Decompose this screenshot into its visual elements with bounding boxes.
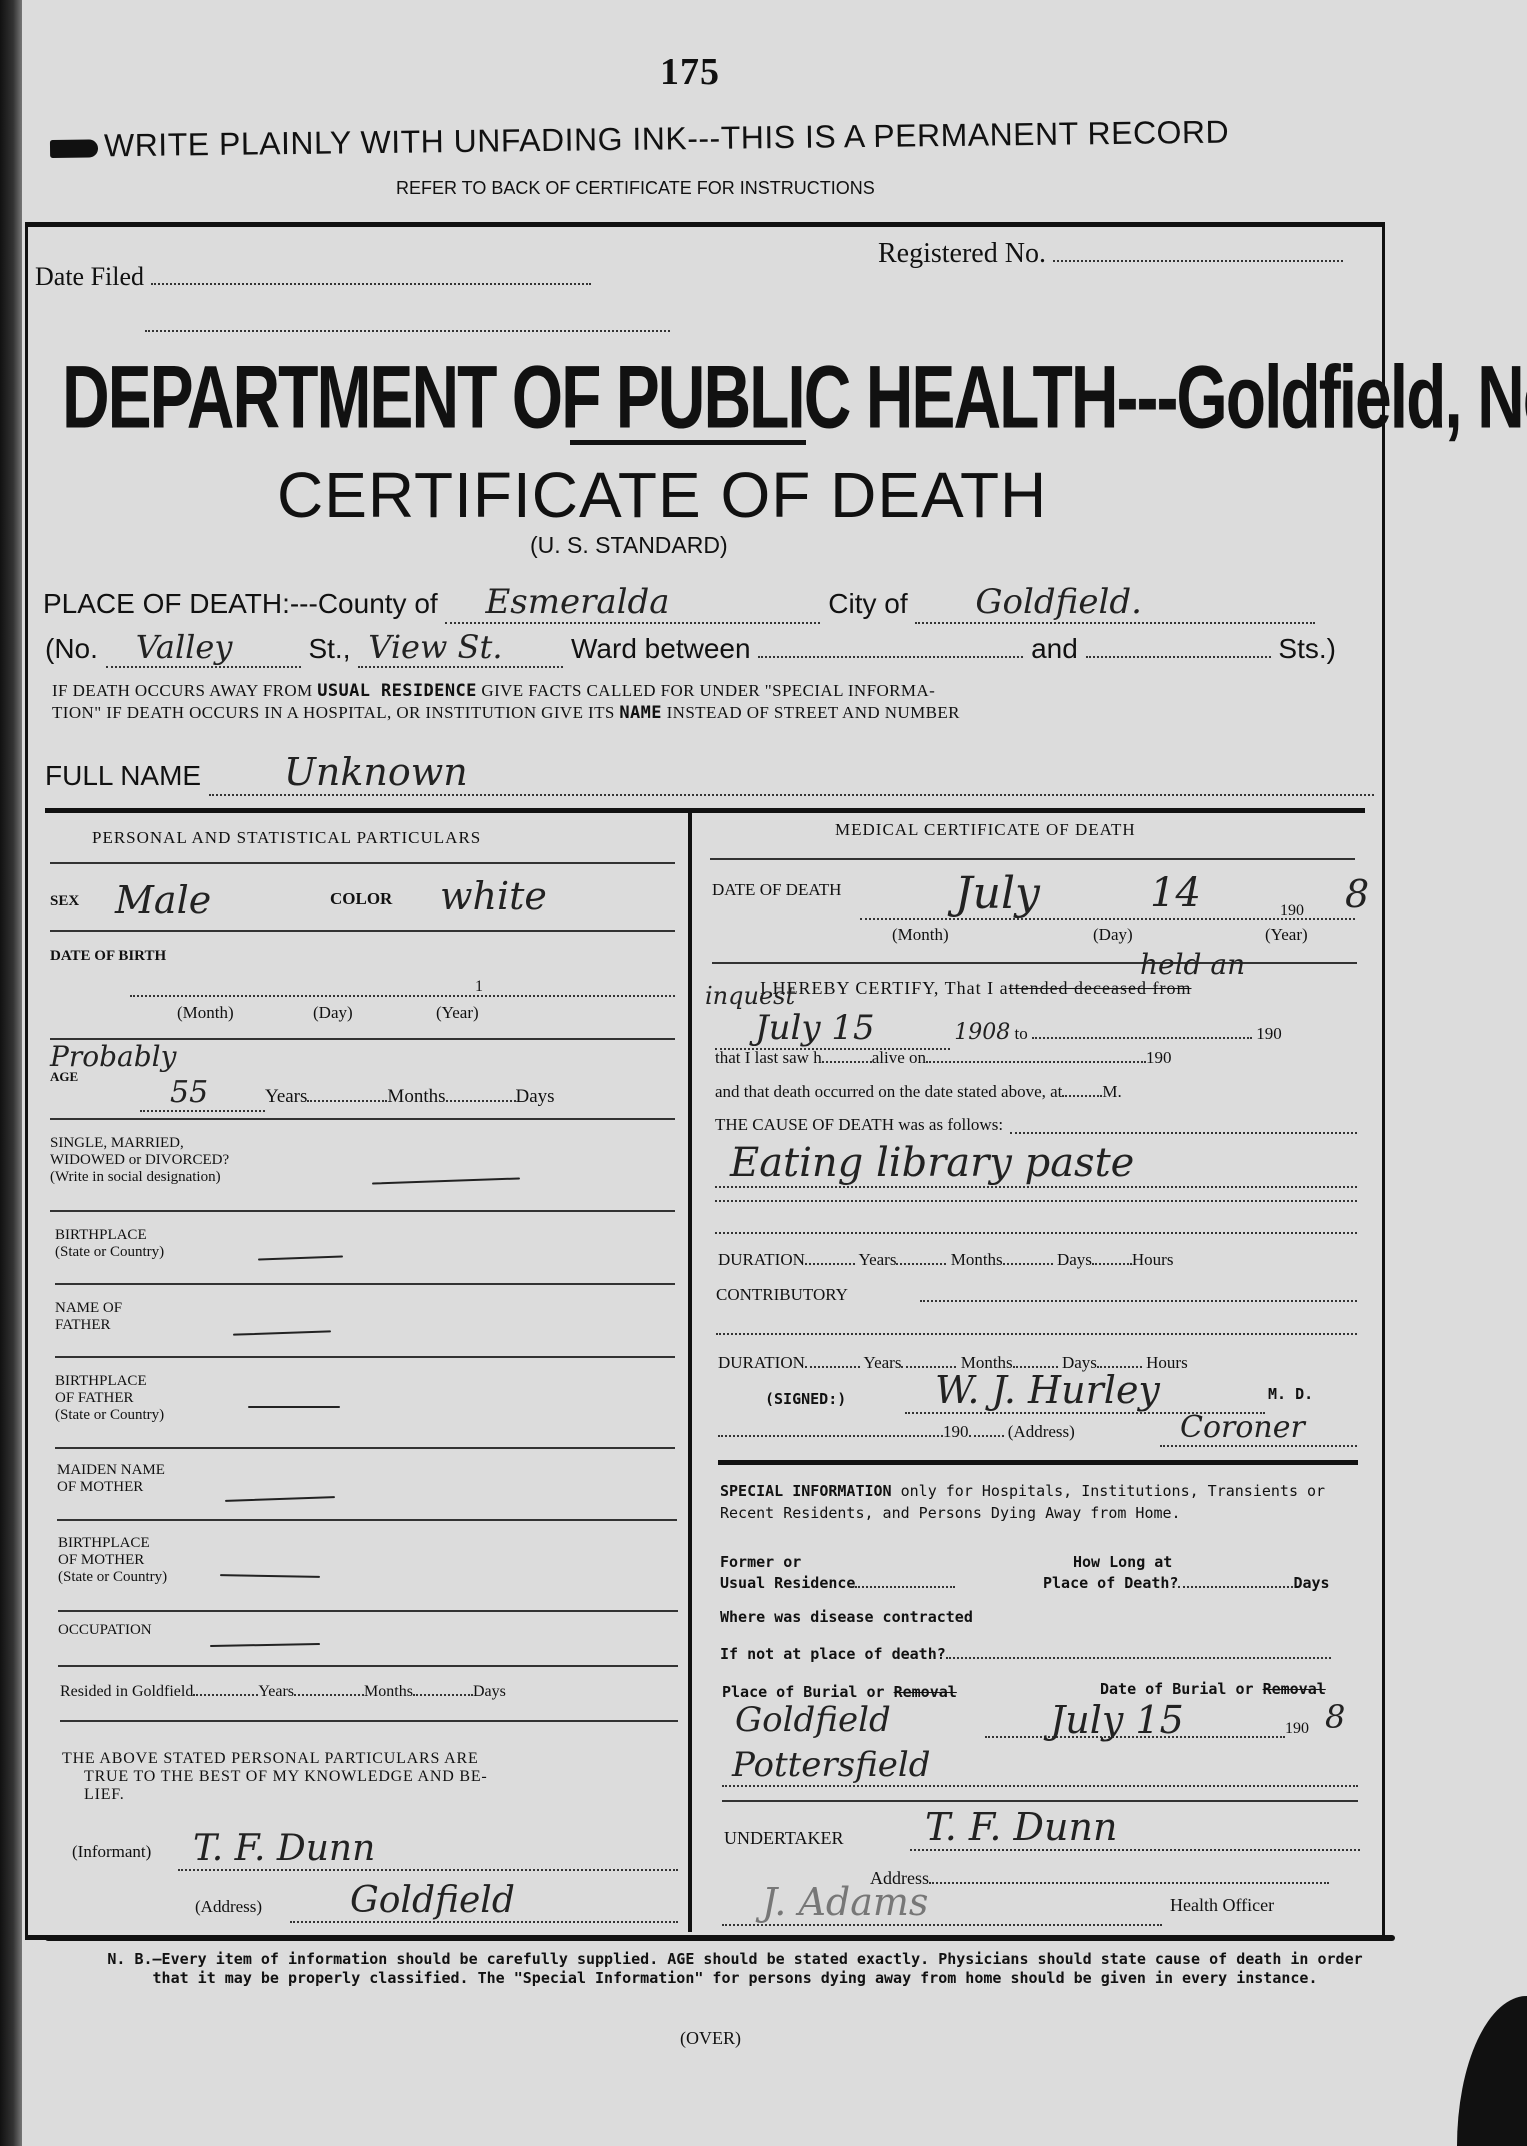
occupation-label: OCCUPATION [58, 1622, 152, 1639]
ward-and-line[interactable] [1086, 656, 1271, 658]
city-value[interactable]: Goldfield. [915, 582, 1315, 624]
physician-address-value[interactable]: Coroner [1160, 1410, 1357, 1447]
if-not-row: If not at place of death? [720, 1645, 1331, 1663]
last-saw-pronoun-line[interactable] [822, 1061, 872, 1063]
burial-date-struck: Removal [1263, 1680, 1326, 1698]
dod-label: DATE OF DEATH [712, 880, 841, 900]
sex-value[interactable]: Male [115, 878, 211, 922]
dod-month-value[interactable]: July [955, 868, 1040, 919]
physician-address-label: (Address) [1008, 1422, 1075, 1441]
father-name-label-line: FATHER [55, 1317, 122, 1334]
row-rule [712, 962, 1357, 964]
street-no-value[interactable]: Valley [106, 628, 301, 668]
date-filed-line[interactable] [151, 283, 591, 285]
undertaker-label: UNDERTAKER [724, 1828, 843, 1849]
age-label: AGE [50, 1068, 78, 1085]
days-label: Days [1293, 1574, 1329, 1592]
mother-birthplace-label: BIRTHPLACE OF MOTHER (State or Country) [58, 1535, 167, 1586]
mother-birthplace-label-line: BIRTHPLACE [58, 1535, 167, 1552]
street-value[interactable]: View St. [358, 628, 563, 668]
last-saw-label: that I last saw h [715, 1048, 822, 1067]
years-label: Years [265, 1086, 307, 1107]
row-rule [722, 1800, 1358, 1802]
age-row: 55YearsMonthsDays [140, 1075, 555, 1112]
duration-years-line[interactable] [896, 1263, 946, 1265]
duration-days-line[interactable] [1092, 1263, 1132, 1265]
mother-name-label: MAIDEN NAME OF MOTHER [57, 1462, 165, 1496]
birthplace-label-line: BIRTHPLACE [55, 1227, 164, 1244]
last-saw-row: that I last saw halive on190 [715, 1048, 1172, 1068]
physician-signature[interactable]: W. J. Hurley [905, 1368, 1265, 1414]
mother-name-label-line: OF MOTHER [57, 1479, 165, 1496]
dob-month-caption: (Month) [177, 1003, 234, 1023]
frame-bottom-rule [45, 1935, 1395, 1941]
sign-date-line[interactable] [718, 1435, 943, 1437]
personal-heading: PERSONAL AND STATISTICAL PARTICULARS [92, 828, 481, 848]
inquest-word: inquest [705, 982, 795, 1010]
dod-year-caption: (Year) [1265, 925, 1308, 945]
row-rule [57, 1519, 677, 1521]
to-year-prefix: 190 [1256, 1024, 1282, 1043]
row-rule [55, 1283, 675, 1285]
cause-line-4[interactable] [715, 1232, 1357, 1234]
father-name-label: NAME OF FATHER [55, 1300, 122, 1334]
former-residence-label-line: Former or [720, 1552, 955, 1573]
former-residence-label-line: Usual Residence [720, 1574, 855, 1592]
age-days-line[interactable] [446, 1100, 516, 1102]
special-divider [718, 1460, 1358, 1465]
days-label: Days [473, 1683, 506, 1700]
instruction-bold: NAME [619, 703, 662, 723]
st-label: St., [308, 633, 350, 664]
special-info-heading: SPECIAL INFORMATION only for Hospitals, … [720, 1480, 1360, 1524]
instruction-line-2: TION" IF DEATH OCCURS IN A HOSPITAL, OR … [52, 702, 960, 724]
cause-value[interactable]: Eating library paste [715, 1140, 1357, 1188]
date-filed-field: Date Filed [35, 262, 591, 292]
burial-place-value-2[interactable]: Pottersfield [722, 1745, 1358, 1787]
to-date-line[interactable] [1032, 1037, 1252, 1039]
page-number: 175 [660, 50, 720, 94]
ward-between-line[interactable] [758, 656, 1023, 658]
age-months-line[interactable] [307, 1100, 387, 1102]
age-years-value[interactable]: 55 [140, 1075, 265, 1112]
usual-residence-instruction: IF DEATH OCCURS AWAY FROM USUAL RESIDENC… [52, 680, 960, 724]
duration-line[interactable] [805, 1263, 855, 1265]
city-label: City of [828, 588, 907, 619]
dod-month-caption: (Month) [892, 925, 949, 945]
certify-text: I HEREBY CERTIFY, That I a [760, 978, 1009, 998]
resided-years-line[interactable] [193, 1694, 258, 1696]
attestation: THE ABOVE STATED PERSONAL PARTICULARS AR… [62, 1750, 488, 1804]
full-name-row: FULL NAME Unknown [45, 750, 1374, 796]
years-label: Years [864, 1353, 902, 1372]
md-label: M. D. [1268, 1385, 1313, 1403]
burial-year-prefix: 190 [1285, 1720, 1309, 1738]
from-year-value[interactable]: 1908 [954, 1020, 1010, 1045]
resided-row: Resided in GoldfieldYearsMonthsDays [60, 1683, 506, 1701]
special-info-title: SPECIAL INFORMATION [720, 1482, 892, 1500]
burial-place-label-text: Place of Burial or [722, 1683, 885, 1701]
place-of-death-label: PLACE OF DEATH:---County of [43, 588, 438, 619]
father-birthplace-label-line: (State or Country) [55, 1407, 164, 1424]
former-residence-label: Former or Usual Residence [720, 1552, 955, 1594]
row-rule [710, 858, 1355, 860]
how-long-label-line: Place of Death? [1043, 1574, 1178, 1592]
dob-label: DATE OF BIRTH [50, 948, 166, 965]
dod-day-caption: (Day) [1093, 925, 1133, 945]
certify-struck-text: ttended deceased from [1009, 978, 1192, 998]
certificate-title: CERTIFICATE OF DEATH [277, 458, 1047, 532]
burial-place-struck: Removal [894, 1683, 957, 1701]
and-label: and [1031, 633, 1078, 664]
contributory-label: CONTRIBUTORY [716, 1285, 848, 1305]
dod-day-value[interactable]: 14 [1150, 870, 1201, 916]
no-label: (No. [45, 633, 98, 664]
how-long-label: How Long at Place of Death?Days [1043, 1552, 1330, 1594]
attestation-line: THE ABOVE STATED PERSONAL PARTICULARS AR… [62, 1750, 488, 1768]
instruction-text: INSTEAD OF STREET AND NUMBER [667, 703, 960, 722]
burial-year-suffix[interactable]: 8 [1325, 1698, 1345, 1736]
over-label: (OVER) [680, 2028, 741, 2049]
duration-label: DURATION [718, 1250, 805, 1269]
days-label: Days [516, 1086, 555, 1107]
father-birthplace-value-dash[interactable] [248, 1406, 340, 1408]
duration-label: DURATION [718, 1353, 805, 1372]
ward-label: Ward between [571, 633, 751, 664]
father-birthplace-label: BIRTHPLACE OF FATHER (State or Country) [55, 1373, 164, 1424]
burial-place-value-1[interactable]: Goldfield [735, 1700, 891, 1740]
if-not-line[interactable] [946, 1657, 1331, 1659]
m-label: M. [1102, 1082, 1121, 1101]
row-rule [55, 1447, 675, 1449]
duration-months-line[interactable] [1003, 1263, 1053, 1265]
father-name-label-line: NAME OF [55, 1300, 122, 1317]
marital-label-line: SINGLE, MARRIED, [50, 1135, 229, 1152]
row-rule [50, 930, 675, 932]
informant-address-label: (Address) [195, 1897, 262, 1917]
days-label: Days [1057, 1250, 1092, 1269]
birthplace-label: BIRTHPLACE (State or Country) [55, 1227, 164, 1261]
duration-row-1: DURATION Years Months DaysHours [718, 1250, 1173, 1270]
burial-date-label: Date of Burial or Removal [1100, 1680, 1326, 1698]
instruction-line-1: IF DEATH OCCURS AWAY FROM USUAL RESIDENC… [52, 680, 960, 702]
alive-on-label: alive on [872, 1048, 926, 1067]
months-label: Months [364, 1683, 413, 1700]
disease-contracted-label: Where was disease contracted [720, 1608, 973, 1626]
how-long-label-line: How Long at [1043, 1552, 1330, 1573]
dob-line[interactable] [130, 995, 675, 997]
occurred-row: and that death occurred on the date stat… [715, 1082, 1122, 1102]
attestation-line: LIEF. [62, 1786, 488, 1804]
undertaker-signature[interactable]: T. F. Dunn [910, 1805, 1360, 1851]
how-long-line[interactable] [1178, 1586, 1293, 1588]
dod-year-suffix[interactable]: 8 [1345, 872, 1369, 916]
sex-label: SEX [50, 893, 79, 910]
marital-label: SINGLE, MARRIED, WIDOWED or DIVORCED? (W… [50, 1135, 229, 1186]
burial-date-value[interactable]: July 15 [1050, 1698, 1184, 1742]
nb-footnote: N. B.—Every item of information should b… [85, 1950, 1385, 1988]
alive-year-prefix: 190 [1146, 1048, 1172, 1067]
instruction-bold: USUAL RESIDENCE [317, 681, 477, 701]
burial-date-label-text: Date of Burial or [1100, 1680, 1254, 1698]
county-value[interactable]: Esmeralda [445, 582, 820, 624]
health-officer-label: Health Officer [1170, 1895, 1274, 1916]
attestation-line: TRUE TO THE BEST OF MY KNOWLEDGE AND BE- [62, 1768, 488, 1786]
registered-no-label: Registered No. [878, 238, 1046, 269]
row-rule [55, 1356, 675, 1358]
dob-day-caption: (Day) [313, 1003, 353, 1023]
cause-line-1[interactable] [1010, 1132, 1357, 1134]
row-rule [58, 1610, 678, 1612]
pointing-hand-icon [50, 139, 98, 158]
sign-year-line[interactable] [969, 1435, 1004, 1437]
burial-place-label: Place of Burial or Removal [722, 1683, 957, 1701]
row-rule [58, 1665, 678, 1667]
dob-year-caption: (Year) [436, 1003, 479, 1023]
occurred-time-line[interactable] [1062, 1095, 1102, 1097]
to-label: to [1015, 1024, 1028, 1043]
title-rule [570, 440, 806, 445]
cause-label: THE CAUSE OF DEATH was as follows: [715, 1115, 1003, 1135]
marital-label-line: WIDOWED or DIVORCED? [50, 1152, 229, 1169]
instruction-text: GIVE FACTS CALLED FOR UNDER "SPECIAL INF… [481, 681, 935, 700]
marital-label-line: (Write in social designation) [50, 1169, 229, 1186]
father-birthplace-label-line: OF FATHER [55, 1390, 164, 1407]
informant-address-value[interactable]: Goldfield [290, 1880, 678, 1923]
date-filed-label: Date Filed [35, 262, 144, 291]
hours-label: Hours [1132, 1250, 1174, 1269]
instruction-text: TION" IF DEATH OCCURS IN A HOSPITAL, OR … [52, 703, 615, 722]
health-officer-signature[interactable]: J. Adams [722, 1880, 1162, 1926]
if-not-label: If not at place of death? [720, 1645, 946, 1663]
contributory-line-1[interactable] [920, 1300, 1357, 1302]
resided-days-line[interactable] [413, 1694, 473, 1696]
years-label: Years [859, 1250, 897, 1269]
months-label: Months [951, 1250, 1003, 1269]
from-to-row: July 15 1908 to 190 [715, 1008, 1282, 1050]
department-title: DEPARTMENT OF PUBLIC HEALTH---Goldfield,… [62, 345, 1527, 448]
color-value[interactable]: white [440, 874, 547, 918]
mother-name-label-line: MAIDEN NAME [57, 1462, 165, 1479]
date-filed-line-2[interactable] [145, 330, 670, 332]
sign-year-prefix: 190 [943, 1422, 969, 1441]
color-label: COLOR [330, 890, 392, 907]
standard-subtitle: (U. S. STANDARD) [530, 532, 728, 559]
page-binding-edge [0, 0, 22, 2146]
informant-signature[interactable]: T. F. Dunn [178, 1828, 678, 1871]
resided-label: Resided in Goldfield [60, 1683, 193, 1700]
birthplace-label-line: (State or Country) [55, 1244, 164, 1261]
occurred-label: and that death occurred on the date stat… [715, 1082, 1062, 1101]
full-name-label: FULL NAME [45, 760, 201, 791]
place-of-death-row: PLACE OF DEATH:---County of Esmeralda Ci… [43, 582, 1315, 624]
dob-year-prefix: 1 [475, 978, 483, 996]
full-name-value[interactable]: Unknown [209, 750, 1374, 796]
medical-heading: MEDICAL CERTIFICATE OF DEATH [835, 820, 1136, 840]
from-date-value[interactable]: July 15 [715, 1008, 950, 1050]
father-birthplace-label-line: BIRTHPLACE [55, 1373, 164, 1390]
row-rule [60, 1720, 678, 1722]
sign-date-row: 190 (Address) [718, 1422, 1075, 1442]
registered-no-field: Registered No. [878, 238, 1343, 270]
row-rule [50, 1210, 675, 1212]
duration-line[interactable] [805, 1366, 860, 1368]
row-rule [50, 1118, 675, 1120]
column-divider [688, 812, 692, 1932]
section-divider [45, 808, 1365, 813]
refer-instructions: REFER TO BACK OF CERTIFICATE FOR INSTRUC… [396, 178, 875, 199]
informant-label: (Informant) [72, 1842, 151, 1862]
dod-year-prefix: 190 [1280, 902, 1304, 920]
instruction-text: IF DEATH OCCURS AWAY FROM [52, 681, 313, 700]
former-residence-line[interactable] [855, 1586, 955, 1588]
contributory-line-2[interactable] [716, 1333, 1357, 1335]
how-long-row: Place of Death?Days [1043, 1573, 1330, 1594]
former-residence-row: Usual Residence [720, 1573, 955, 1594]
certify-row: I HEREBY CERTIFY, That I attended deceas… [760, 978, 1192, 999]
mother-birthplace-label-line: OF MOTHER [58, 1552, 167, 1569]
sts-label: Sts.) [1278, 633, 1336, 664]
cause-line-3[interactable] [715, 1200, 1357, 1202]
months-label: Months [387, 1086, 445, 1107]
years-label: Years [258, 1683, 294, 1700]
mother-birthplace-label-line: (State or Country) [58, 1569, 167, 1586]
alive-on-line[interactable] [926, 1061, 1146, 1063]
resided-months-line[interactable] [294, 1694, 364, 1696]
row-rule [50, 862, 675, 864]
registered-no-line[interactable] [1053, 260, 1343, 262]
signed-label: (SIGNED:) [765, 1390, 846, 1408]
street-address-row: (No. Valley St., View St. Ward between a… [45, 628, 1336, 668]
certify-insert: held an [1140, 948, 1245, 981]
